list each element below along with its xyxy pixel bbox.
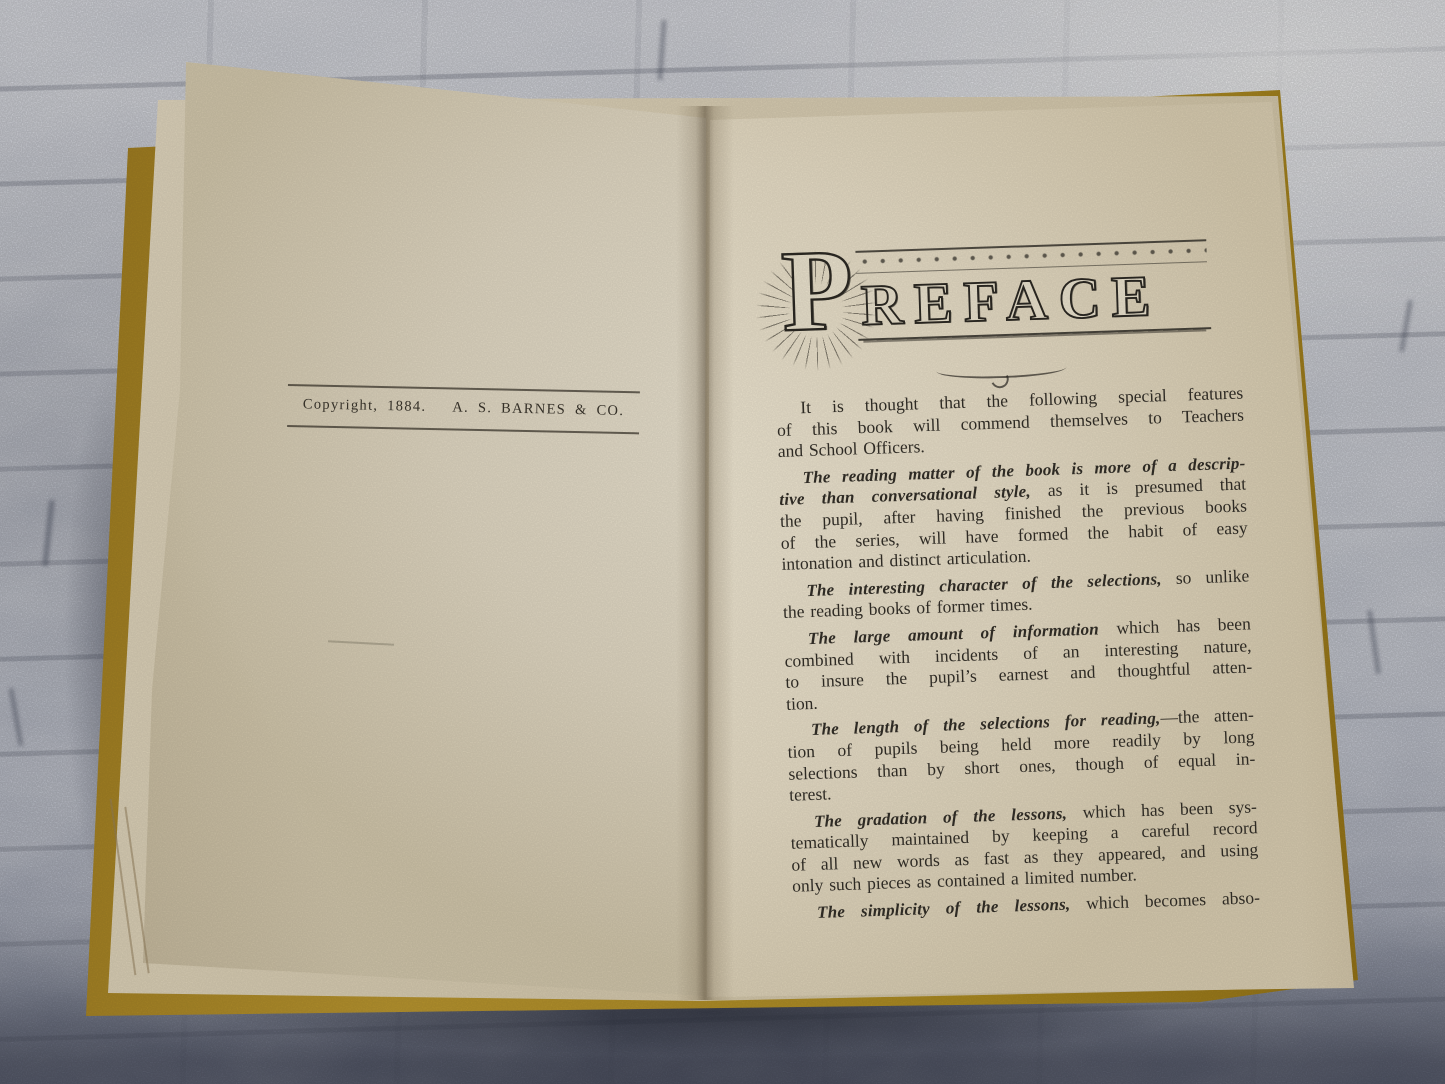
body-text: which has been	[1099, 613, 1252, 638]
title-rest: REFACE	[856, 264, 1211, 341]
body-text: tion.	[786, 693, 818, 714]
book-gutter-shadow	[676, 106, 734, 1000]
body-text: terest.	[789, 783, 832, 804]
copyright-notice: Copyright, 1884. A. S. BARNES & CO.	[287, 384, 640, 434]
preface-text: It is thought that the following special…	[776, 383, 1260, 925]
preface-title: P REFACE	[762, 225, 1213, 390]
book-photo: Copyright, 1884. A. S. BARNES & CO. P RE…	[0, 0, 1445, 1084]
paragraph: The length of the selections for reading…	[787, 705, 1257, 807]
paragraph: The large amount of information which ha…	[784, 613, 1254, 715]
body-text: and School Officers.	[777, 436, 925, 461]
body-text: —the atten-	[1160, 705, 1254, 728]
body-text: so unlike	[1161, 565, 1249, 588]
paragraph: The reading matter of the book is more o…	[778, 452, 1248, 575]
title-frame: REFACE	[855, 239, 1211, 341]
title-initial: P	[780, 237, 854, 346]
body-text: which becomes abso-	[1070, 887, 1260, 913]
paragraph: The gradation of the lessons, which has …	[790, 796, 1260, 898]
flourish-ornament-icon	[936, 358, 1067, 380]
